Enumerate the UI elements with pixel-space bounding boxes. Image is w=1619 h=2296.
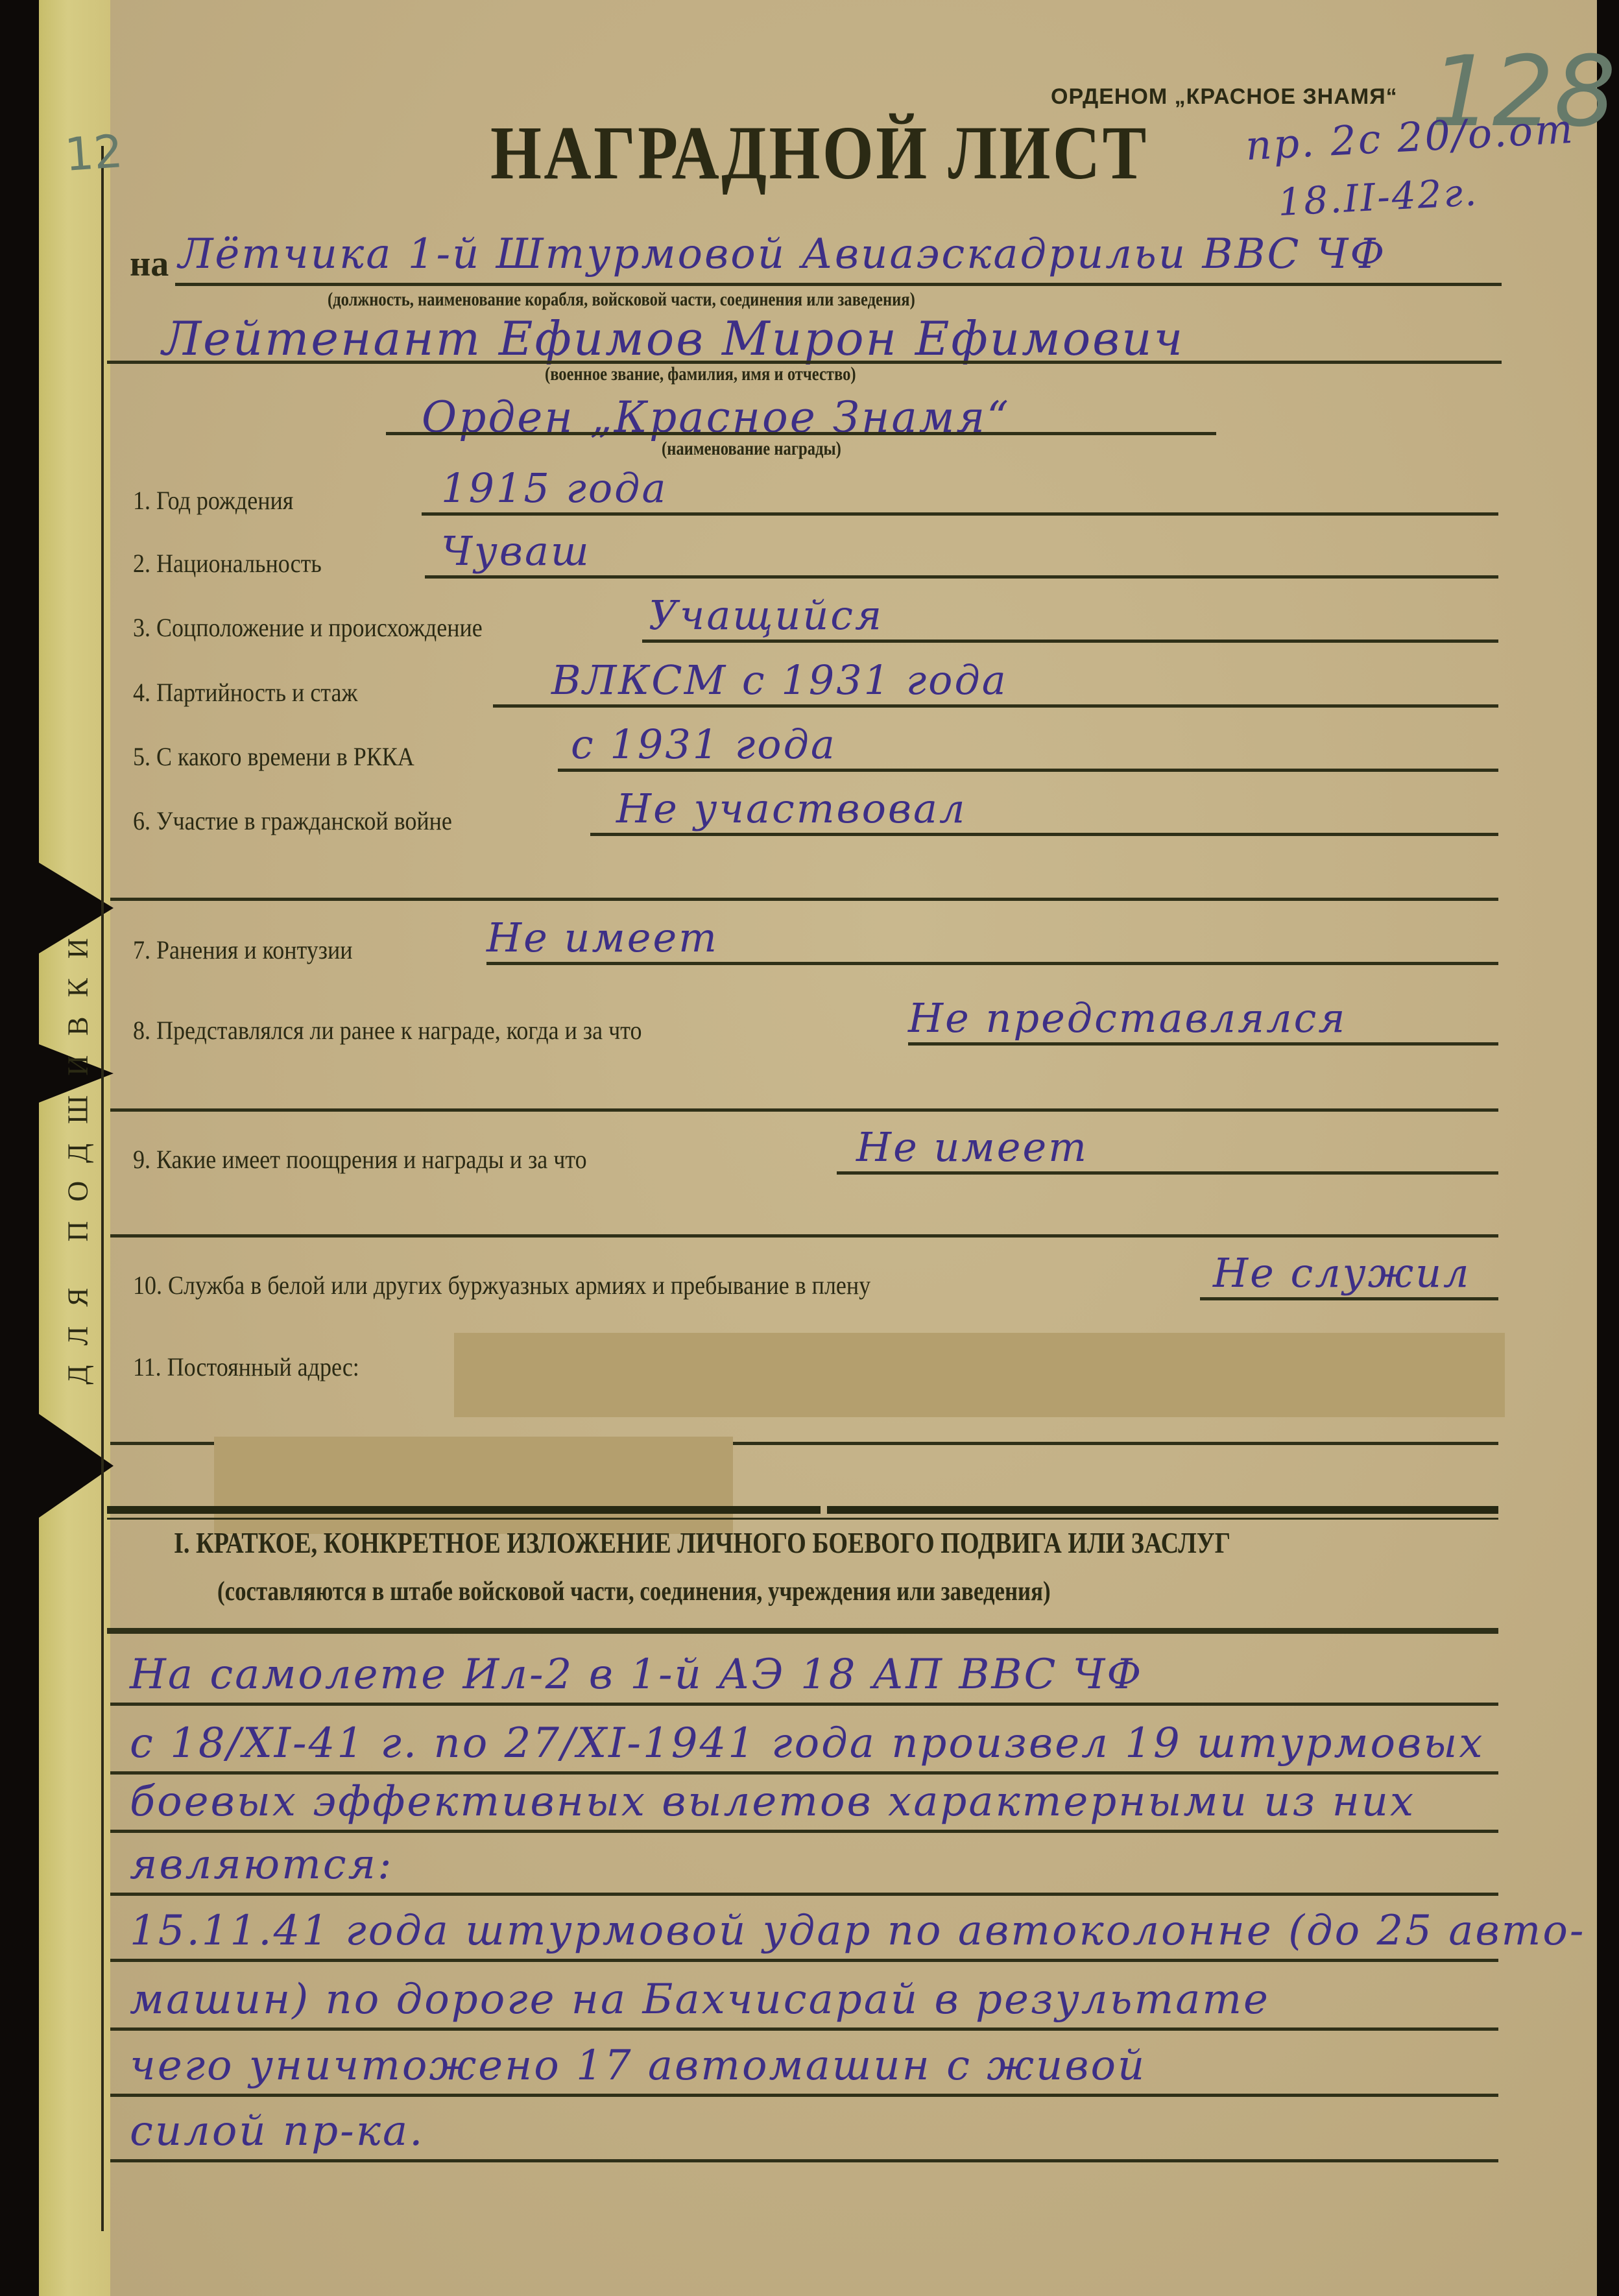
- answer-underline: [493, 704, 1498, 708]
- section-subheading: (составляются в штабе войсковой части, с…: [217, 1576, 1051, 1607]
- answer-underline: [837, 1171, 1498, 1175]
- question-label: 11. Постоянный адрес:: [133, 1352, 359, 1382]
- question-answer: Не имеет: [486, 914, 719, 961]
- question-answer: ВЛКСМ с 1931 года: [551, 656, 1008, 704]
- binding-margin-border: [101, 146, 104, 2231]
- question-answer: Учащийся: [649, 592, 883, 639]
- question-answer: Чуваш: [441, 527, 591, 575]
- answer-underline: [642, 640, 1498, 643]
- narrative-rule: [110, 1959, 1498, 1962]
- answer-underline: [1200, 1297, 1498, 1300]
- question-answer: Не представлялся: [908, 994, 1347, 1042]
- binding-margin-label: ДЛЯ ПОДШИВКИ: [58, 811, 97, 1492]
- answer-underline: [486, 962, 1498, 965]
- narrative-rule: [110, 2094, 1498, 2097]
- question-answer: Не участвовал: [616, 785, 966, 832]
- narrative-rule: [110, 2027, 1498, 2031]
- question-label: 3. Соцположение и происхождение: [133, 612, 483, 643]
- name-value: Лейтенант Ефимов Мирон Ефимович: [162, 311, 1184, 366]
- section-divider-right: [827, 1506, 1498, 1514]
- answer-underline: [590, 833, 1498, 836]
- narrative-line: чего уничтожено 17 автомашин с живой: [130, 2042, 1146, 2090]
- answer-underline: [425, 575, 1498, 579]
- section-divider-left: [107, 1506, 821, 1514]
- question-answer: с 1931 года: [571, 721, 837, 768]
- question-label: 8. Представлялся ли ранее к награде, ког…: [133, 1015, 642, 1046]
- narrative-line: машин) по дороге на Бахчисарай в результ…: [130, 1976, 1270, 2024]
- question-answer: Не служил: [1213, 1249, 1471, 1297]
- continuation-line: [110, 1234, 1498, 1238]
- section-divider-thin: [107, 1518, 1498, 1520]
- award-caption: (наименование награды): [662, 438, 841, 460]
- section-heading: I. КРАТКОЕ, КОНКРЕТНОЕ ИЗЛОЖЕНИЕ ЛИЧНОГО…: [174, 1525, 1230, 1560]
- margin-page-number: 12: [63, 125, 125, 182]
- position-underline: [175, 283, 1502, 286]
- narrative-line: На самолете Ил-2 в 1-й АЭ 18 АП ВВС ЧФ: [130, 1651, 1143, 1699]
- question-label: 5. С какого времени в РККА: [133, 741, 414, 772]
- question-label: 1. Год рождения: [133, 485, 293, 516]
- award-underline: [386, 432, 1216, 435]
- question-label: 4. Партийность и стаж: [133, 677, 357, 708]
- continuation-line: [110, 898, 1498, 901]
- answer-underline: [422, 512, 1498, 516]
- narrative-rule: [110, 1703, 1498, 1706]
- question-label: 9. Какие имеет поощрения и награды и за …: [133, 1144, 587, 1175]
- section-header-underline: [107, 1628, 1498, 1634]
- narrative-line: с 18/XI-41 г. по 27/XI-1941 года произве…: [130, 1719, 1485, 1767]
- narrative-line: боевых эффективных вылетов характерными …: [130, 1778, 1415, 1826]
- question-answer: Не имеет: [856, 1123, 1088, 1171]
- order-header: ОРДЕНОМ „КРАСНОЕ ЗНАМЯ“: [1051, 84, 1398, 110]
- narrative-line: силой пр-ка.: [130, 2107, 424, 2155]
- position-value: Лётчика 1-й Штурмовой Авиаэскадрильи ВВС…: [178, 230, 1386, 278]
- narrative-rule: [110, 2159, 1498, 2162]
- question-answer: 1915 года: [441, 464, 667, 512]
- narrative-line: 15.11.41 года штурмовой удар по автоколо…: [130, 1907, 1586, 1955]
- question-label: 6. Участие в гражданской войне: [133, 806, 452, 836]
- question-label: 2. Национальность: [133, 548, 322, 579]
- question-label: 10. Служба в белой или других буржуазных…: [133, 1270, 870, 1300]
- question-label: 7. Ранения и контузии: [133, 935, 353, 965]
- answer-underline: [558, 769, 1498, 772]
- narrative-rule: [110, 1893, 1498, 1896]
- to-prefix: на: [130, 243, 169, 285]
- scan-edge: [1597, 0, 1619, 2296]
- document-title: НАГРАДНОЙ ЛИСТ: [490, 109, 1149, 197]
- narrative-rule: [110, 1830, 1498, 1833]
- position-caption: (должность, наименование корабля, войско…: [328, 289, 915, 311]
- narrative-rule: [110, 1771, 1498, 1775]
- name-caption: (военное звание, фамилия, имя и отчество…: [545, 363, 856, 385]
- continuation-line: [110, 1108, 1498, 1112]
- redacted-address: [454, 1333, 1505, 1417]
- narrative-line: являются:: [130, 1841, 394, 1889]
- answer-underline: [908, 1042, 1498, 1046]
